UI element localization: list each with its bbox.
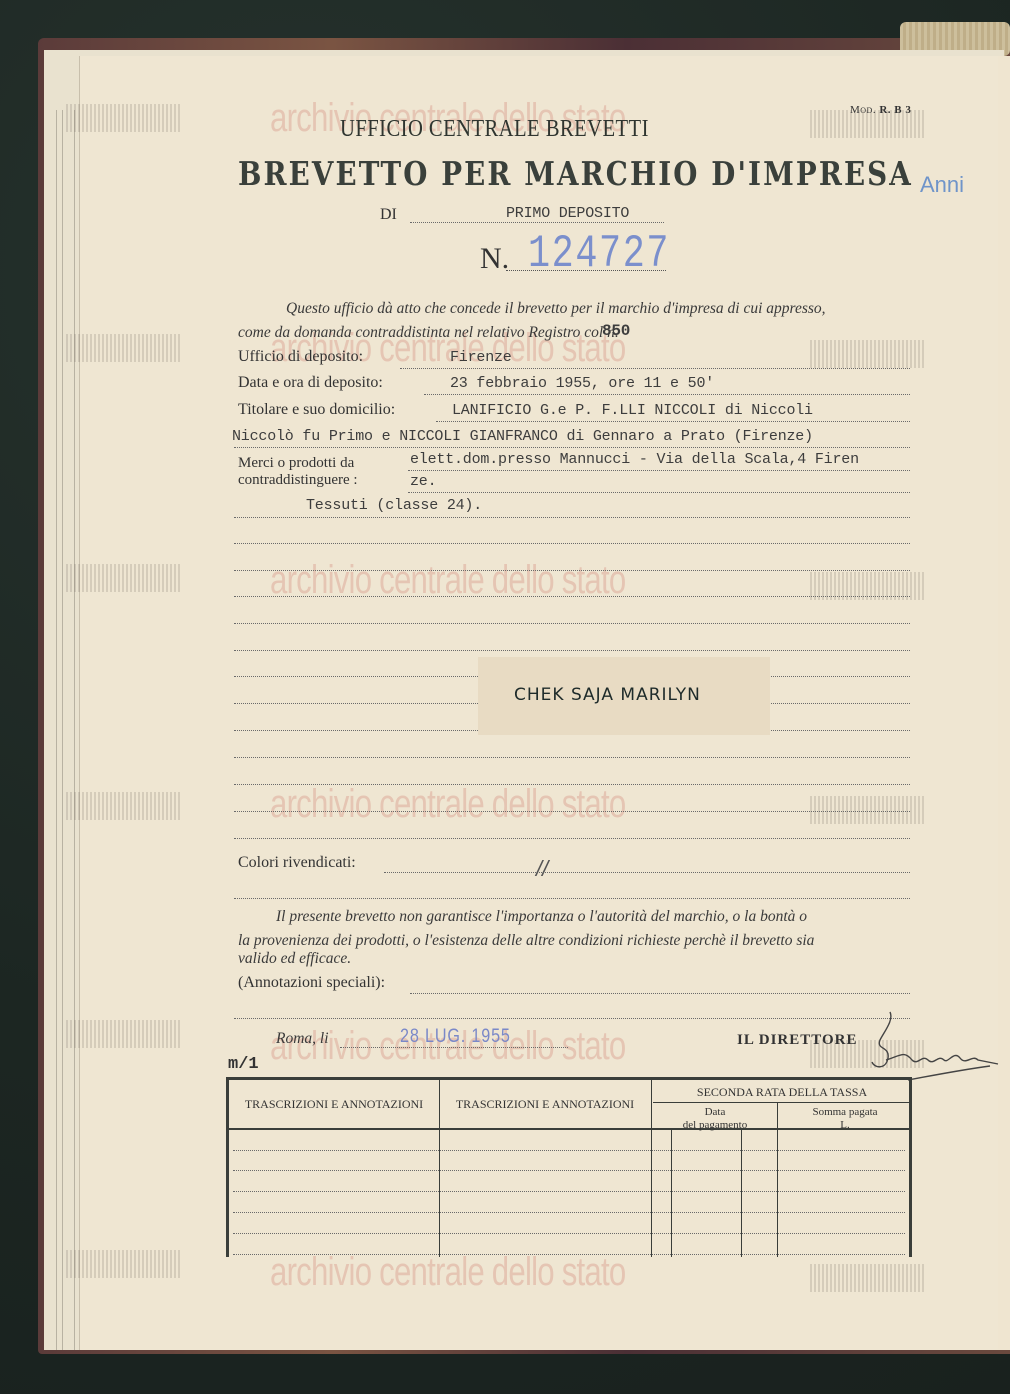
table-row — [233, 1212, 905, 1213]
issue-date-stamp: 28 LUG. 1955 — [400, 1026, 511, 1048]
intro-text: come da domanda contraddistinta nel rela… — [238, 324, 619, 342]
merci-value: Tessuti (classe 24). — [306, 497, 482, 514]
document-title: BREVETTO PER MARCHIO D'IMPRESA — [238, 154, 913, 193]
disclaimer-text: la provenienza dei prodotti, o l'esisten… — [238, 932, 814, 950]
merci-value: ze. — [410, 473, 436, 490]
watermark-barcode — [66, 564, 181, 592]
table-row — [233, 1233, 905, 1234]
watermark-barcode — [66, 1020, 181, 1048]
data-deposito-value: 23 febbraio 1955, ore 11 e 50' — [450, 375, 714, 392]
register-number: 850 — [602, 322, 630, 340]
place-label: Roma, li — [276, 1030, 329, 1048]
titolare-value: LANIFICIO G.e P. F.LLI NICCOLI di Niccol… — [452, 402, 813, 419]
colori-label: Colori rivendicati: — [238, 854, 356, 872]
table-row — [233, 1254, 905, 1255]
watermark-barcode — [66, 334, 181, 362]
trademark-name: CHEK SAJA MARILYN — [514, 685, 701, 705]
watermark: archivio centrale dello stato — [270, 782, 625, 827]
number-label: N. — [480, 242, 509, 276]
column-header: TRASCRIZIONI E ANNOTAZIONI — [441, 1098, 649, 1111]
ufficio-label: Ufficio di deposito: — [238, 348, 363, 366]
watermark-barcode — [810, 1264, 925, 1292]
side-tab-anni: Anni — [920, 172, 964, 198]
signatory-title: IL DIRETTORE — [737, 1032, 858, 1049]
column-header: Somma pagataL. — [779, 1106, 911, 1132]
intro-text: Questo ufficio dà atto che concede il br… — [286, 300, 826, 318]
patent-number-stamp: 124727 — [528, 228, 670, 280]
merci-label: Merci o prodotti da contraddistinguere : — [238, 455, 358, 489]
table-header: TRASCRIZIONI E ANNOTAZIONI TRASCRIZIONI … — [229, 1080, 909, 1130]
titolare-value: Niccolò fu Primo e NICCOLI GIANFRANCO di… — [232, 428, 813, 445]
annotations-table: TRASCRIZIONI E ANNOTAZIONI TRASCRIZIONI … — [226, 1077, 912, 1257]
deposit-type-label: DI — [380, 206, 397, 224]
colori-value: // — [536, 856, 548, 882]
watermark-barcode — [66, 792, 181, 820]
table-row — [233, 1191, 905, 1192]
form-code: Mod. R. B 3 — [850, 104, 911, 116]
office-heading: UFFICIO CENTRALE BREVETTI — [340, 116, 649, 143]
merci-value: elett.dom.presso Mannucci - Via della Sc… — [410, 451, 859, 468]
disclaimer-text: Il presente brevetto non garantisce l'im… — [276, 908, 807, 926]
watermark-barcode — [66, 1250, 181, 1278]
table-row — [233, 1170, 905, 1171]
deposit-type-value: PRIMO DEPOSITO — [506, 205, 629, 222]
watermark-barcode — [810, 340, 925, 368]
watermark-barcode — [810, 796, 925, 824]
titolare-label: Titolare e suo domicilio: — [238, 401, 395, 419]
watermark-barcode — [66, 104, 181, 132]
data-deposito-label: Data e ora di deposito: — [238, 374, 383, 392]
table-row — [233, 1150, 905, 1151]
reference-code: m/1 — [228, 1055, 259, 1074]
disclaimer-text: valido ed efficace. — [238, 950, 351, 968]
annotazioni-label: (Annotazioni speciali): — [238, 974, 385, 992]
ufficio-value: Firenze — [450, 349, 512, 366]
column-header: TRASCRIZIONI E ANNOTAZIONI — [229, 1098, 439, 1111]
column-group-header: SECONDA RATA DELLA TASSA — [653, 1086, 911, 1099]
